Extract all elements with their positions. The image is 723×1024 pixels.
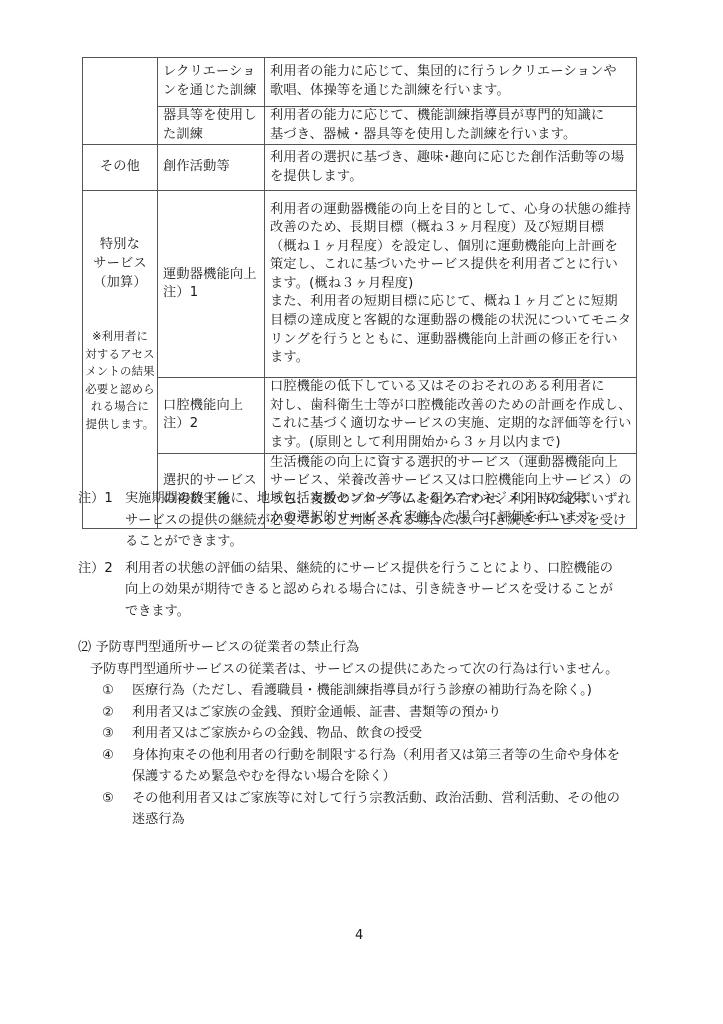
subcategory-label: 創作活動等 xyxy=(163,159,230,174)
subcategory-label: 器具等を使用した訓練 xyxy=(163,107,259,144)
table-row: レクリエーションを通じた訓練 利用者の能力に応じて、集団的に行うレクリエーション… xyxy=(83,58,637,107)
footnote-ref: 注）2 xyxy=(163,415,259,434)
description-line: 歌唱、体操等を通じた訓練を行います。 xyxy=(270,82,631,101)
footnote-1: 注）1 実施期間の終了後に、地域包括支援センター等によるケアマネジメントの結果、… xyxy=(78,488,658,553)
table-row: 口腔機能向上 注）2 口腔機能の低下している又はそのおそれのある利用者に 対し、… xyxy=(83,378,637,453)
category-note-line: ※利用者に xyxy=(85,328,155,346)
prohibited-acts-section: ⑵ 予防専門型通所サービスの従業者の禁止行為 予防専門型通所サービスの従業者は、… xyxy=(78,637,678,831)
item-text: 利用者又はご家族の金銭、預貯金通帳、証書、書類等の預かり xyxy=(132,702,678,724)
description-cell: 利用者の能力に応じて、集団的に行うレクリエーションや 歌唱、体操等を通じた訓練を… xyxy=(265,58,637,107)
category-label: その他 xyxy=(100,159,140,174)
footnote-line: 向上の効果が期待できると認められる場合には、引き続きサービスを受けることが xyxy=(125,579,658,601)
item-text: 利用者又はご家族からの金銭、物品、飲食の授受 xyxy=(132,723,678,745)
description-line: ます。 xyxy=(270,349,631,368)
description-line: 利用者の選択に基づき、趣味･趣向に応じた創作活動等の場 xyxy=(270,149,631,168)
footnote-ref: 注）1 xyxy=(163,284,259,303)
table-row: 特別な サービス （加算） ※利用者に 対するアセス メントの結果 必要と認めら… xyxy=(83,191,637,378)
list-item: ① 医療行為（ただし、看護職員・機能訓練指導員が行う診療の補助行為を除く。) xyxy=(78,680,678,702)
description-cell: 利用者の運動器機能の向上を目的として、心身の状態の維持 改善のため、長期目標（概… xyxy=(265,191,637,378)
item-number: ③ xyxy=(102,723,114,745)
table-row: 器具等を使用した訓練 利用者の能力に応じて、機能訓練指導員が専門的知識に 基づき… xyxy=(83,107,637,145)
category-note-line: 必要と認めら xyxy=(85,381,155,399)
list-item: ⑤ その他利用者又はご家族等に対して行う宗教活動、政治活動、営利活動、その他の … xyxy=(78,788,678,831)
description-line: 基づき、器械・器具等を使用した訓練を行います。 xyxy=(270,126,631,145)
subcategory-label: 運動器機能向上 xyxy=(163,266,259,285)
footnote-line: ることができます。 xyxy=(125,531,658,553)
description-line: 生活機能の向上に資する選択的サービス（運動器機能向上 xyxy=(270,454,631,473)
category-note-line: れる場合に xyxy=(85,398,155,416)
list-item: ③ 利用者又はご家族からの金銭、物品、飲食の授受 xyxy=(78,723,678,745)
footnote-2: 注）2 利用者の状態の評価の結果、継続的にサービス提供を行うことにより、口腔機能… xyxy=(78,558,658,623)
service-table: レクリエーションを通じた訓練 利用者の能力に応じて、集団的に行うレクリエーション… xyxy=(82,57,637,529)
subcategory-label: レクリエーションを通じた訓練 xyxy=(163,63,259,100)
section-intro: 予防専門型通所サービスの従業者は、サービスの提供にあたって次の行為は行いません。 xyxy=(90,659,678,681)
item-text: 迷惑行為 xyxy=(132,809,678,831)
category-note-line: 提供します。 xyxy=(85,416,155,434)
item-number: ② xyxy=(102,702,114,724)
item-number: ⑤ xyxy=(102,788,114,810)
document-page: レクリエーションを通じた訓練 利用者の能力に応じて、集団的に行うレクリエーション… xyxy=(0,0,723,1024)
subcategory-cell: 口腔機能向上 注）2 xyxy=(158,378,265,453)
item-text: その他利用者又はご家族等に対して行う宗教活動、政治活動、営利活動、その他の xyxy=(132,788,678,810)
footnote-line: 利用者の状態の評価の結果、継続的にサービス提供を行うことにより、口腔機能の xyxy=(125,558,658,580)
category-note: ※利用者に 対するアセス メントの結果 必要と認めら れる場合に 提供します。 xyxy=(85,328,155,433)
footnote-line: サービスの提供の継続が必要であると判断される場合には、引き続きサービスを受け xyxy=(125,510,658,532)
category-cell-special: 特別な サービス （加算） ※利用者に 対するアセス メントの結果 必要と認めら… xyxy=(83,191,158,529)
item-text: 医療行為（ただし、看護職員・機能訓練指導員が行う診療の補助行為を除く。) xyxy=(132,680,678,702)
category-line: サービス xyxy=(85,254,155,273)
category-line: 特別な xyxy=(85,235,155,254)
subcategory-cell: レクリエーションを通じた訓練 xyxy=(158,58,265,107)
description-line: これに基づく適切なサービスの実施、定期的な評価等を行い xyxy=(270,415,631,434)
description-line: を提供します。 xyxy=(270,168,631,187)
category-cell: その他 xyxy=(83,145,158,191)
category-cell-empty xyxy=(83,58,158,145)
list-item: ④ 身体拘束その他利用者の行動を制限する行為（利用者又は第三者等の生命や身体を … xyxy=(78,745,678,788)
description-cell: 利用者の選択に基づき、趣味･趣向に応じた創作活動等の場 を提供します。 xyxy=(265,145,637,191)
description-line: また、利用者の短期目標に応じて、概ね１ヶ月ごとに短期 xyxy=(270,293,631,312)
footnote-label: 注）2 xyxy=(78,558,113,580)
description-cell: 利用者の能力に応じて、機能訓練指導員が専門的知識に 基づき、器械・器具等を使用し… xyxy=(265,107,637,145)
table-row: その他 創作活動等 利用者の選択に基づき、趣味･趣向に応じた創作活動等の場 を提… xyxy=(83,145,637,191)
description-line: 目標の達成度と客観的な運動器の機能の状況についてモニタ xyxy=(270,312,631,331)
section-title: ⑵ 予防専門型通所サービスの従業者の禁止行為 xyxy=(78,637,678,659)
subcategory-label: 口腔機能向上 xyxy=(163,397,259,416)
item-number: ④ xyxy=(102,745,114,767)
list-item: ② 利用者又はご家族の金銭、預貯金通帳、証書、書類等の預かり xyxy=(78,702,678,724)
description-line: 策定し、これに基づいたサービス提供を利用者ごとに行い xyxy=(270,256,631,275)
footnote-line: できます。 xyxy=(125,601,658,623)
description-line: 利用者の能力に応じて、機能訓練指導員が専門的知識に xyxy=(270,107,631,126)
description-line: 利用者の運動器機能の向上を目的として、心身の状態の維持 xyxy=(270,201,631,220)
description-line: 改善のため、長期目標（概ね３ヶ月程度）及び短期目標 xyxy=(270,219,631,238)
description-line: 口腔機能の低下している又はそのおそれのある利用者に xyxy=(270,378,631,397)
subcategory-cell: 運動器機能向上 注）1 xyxy=(158,191,265,378)
description-line: （概ね１ヶ月程度）を設定し、個別に運動機能向上計画を xyxy=(270,238,631,257)
footnotes: 注）1 実施期間の終了後に、地域包括支援センター等によるケアマネジメントの結果、… xyxy=(78,488,658,622)
page-number: 4 xyxy=(355,928,363,943)
description-line: 利用者の能力に応じて、集団的に行うレクリエーションや xyxy=(270,63,631,82)
description-line: ます。(概ね３ヶ月程度) xyxy=(270,275,631,294)
category-line: （加算） xyxy=(85,273,155,292)
item-text: 保護するため緊急やむを得ない場合を除く） xyxy=(132,766,678,788)
item-text: 身体拘束その他利用者の行動を制限する行為（利用者又は第三者等の生命や身体を xyxy=(132,745,678,767)
item-number: ① xyxy=(102,680,114,702)
category-note-line: 対するアセス xyxy=(85,346,155,364)
category-note-line: メントの結果 xyxy=(85,363,155,381)
subcategory-cell: 器具等を使用した訓練 xyxy=(158,107,265,145)
description-line: 対し、歯科衛生士等が口腔機能改善のための計画を作成し、 xyxy=(270,397,631,416)
description-line: リングを行うとともに、運動器機能向上計画の修正を行い xyxy=(270,331,631,350)
description-line: ます。(原則として利用開始から３ヶ月以内まで) xyxy=(270,434,631,453)
footnote-line: 実施期間の終了後に、地域包括支援センター等によるケアマネジメントの結果、 xyxy=(125,488,658,510)
subcategory-cell: 創作活動等 xyxy=(158,145,265,191)
footnote-label: 注）1 xyxy=(78,488,113,510)
description-cell: 口腔機能の低下している又はそのおそれのある利用者に 対し、歯科衛生士等が口腔機能… xyxy=(265,378,637,453)
